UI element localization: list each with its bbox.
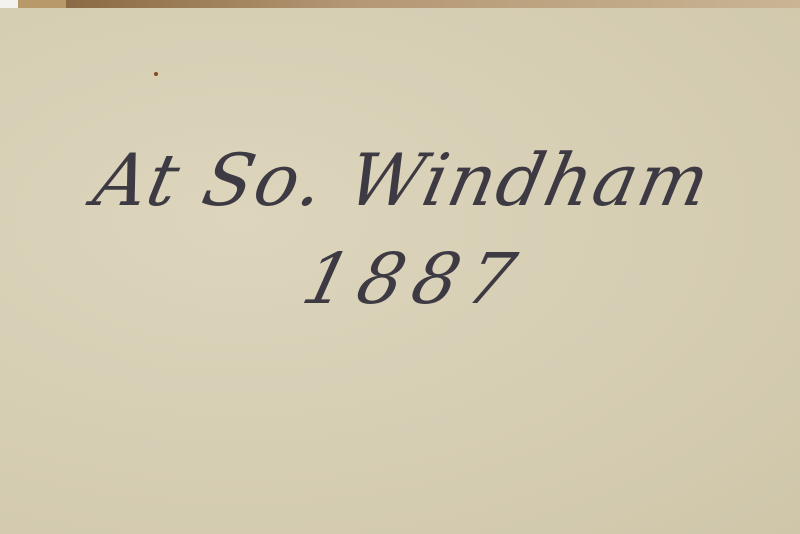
inscription-place: At So. Windham: [87, 138, 718, 222]
inscription-year: 1887: [295, 238, 534, 320]
foxing-spot: [154, 72, 158, 76]
